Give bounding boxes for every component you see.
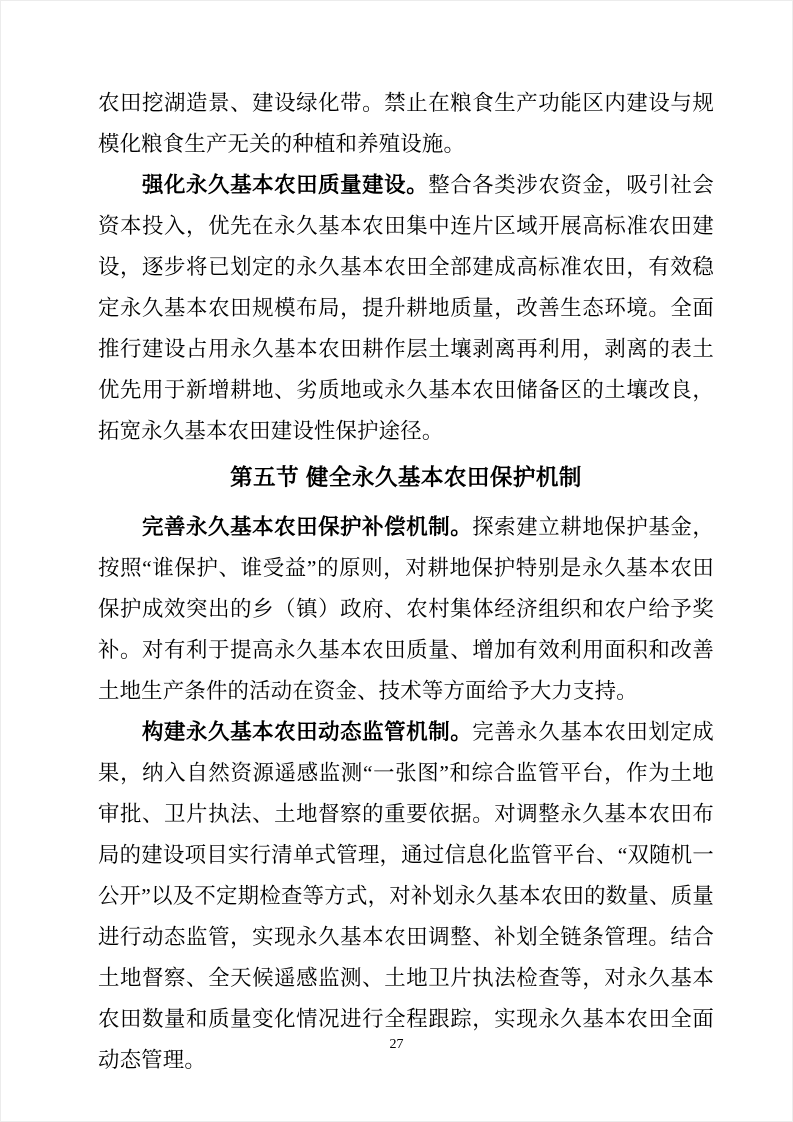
- page-number: 27: [1, 1035, 792, 1055]
- paragraph: 完善永久基本农田保护补偿机制。探索建立耕地保护基金，按照“谁保护、谁受益”的原则…: [98, 507, 714, 712]
- paragraph-text: 完善永久基本农田划定成果，纳入自然资源遥感监测“一张图”和综合监管平台，作为土地…: [98, 720, 714, 1072]
- paragraph-lead: 构建永久基本农田动态监管机制。: [142, 720, 472, 744]
- page-content: 农田挖湖造景、建设绿化带。禁止在粮食生产功能区内建设与规模化粮食生产无关的种植和…: [98, 83, 714, 1081]
- paragraph: 强化永久基本农田质量建设。整合各类涉农资金，吸引社会资本投入，优先在永久基本农田…: [98, 165, 714, 452]
- paragraph-lead: 强化永久基本农田质量建设。: [142, 173, 428, 197]
- paragraph-lead: 完善永久基本农田保护补偿机制。: [142, 515, 472, 539]
- document-page: 农田挖湖造景、建设绿化带。禁止在粮食生产功能区内建设与规模化粮食生产无关的种植和…: [0, 0, 793, 1122]
- paragraph-text: 探索建立耕地保护基金，按照“谁保护、谁受益”的原则，对耕地保护特别是永久基本农田…: [98, 515, 714, 703]
- paragraph-text: 整合各类涉农资金，吸引社会资本投入，优先在永久基本农田集中连片区域开展高标准农田…: [98, 173, 714, 443]
- paragraph-text: 农田挖湖造景、建设绿化带。禁止在粮食生产功能区内建设与规模化粮食生产无关的种植和…: [98, 91, 714, 156]
- section-heading: 第五节 健全永久基本农田保护机制: [98, 458, 714, 498]
- paragraph-continuation: 农田挖湖造景、建设绿化带。禁止在粮食生产功能区内建设与规模化粮食生产无关的种植和…: [98, 83, 714, 165]
- paragraph: 构建永久基本农田动态监管机制。完善永久基本农田划定成果，纳入自然资源遥感监测“一…: [98, 712, 714, 1081]
